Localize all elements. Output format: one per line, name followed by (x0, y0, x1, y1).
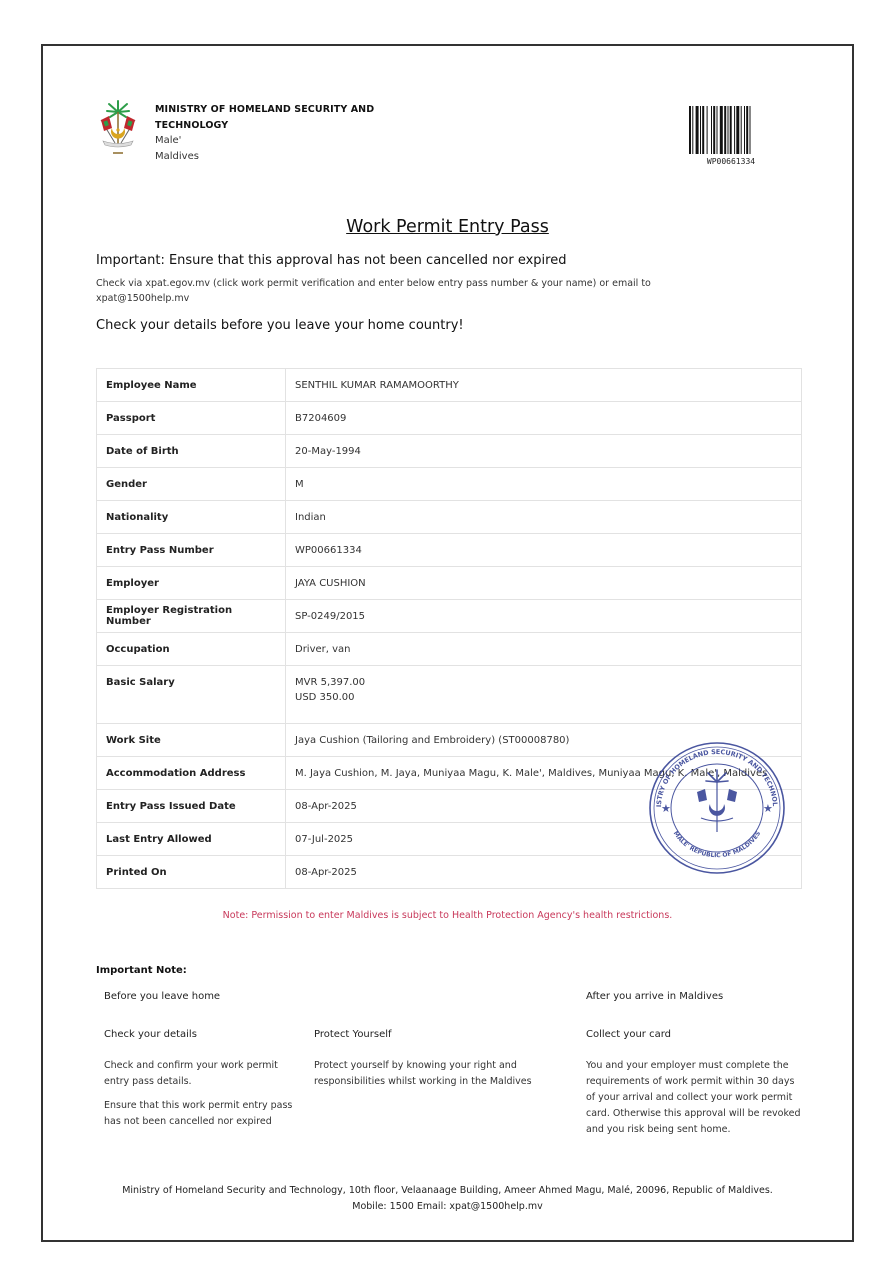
note-column-check-details: Check your details Check and confirm you… (104, 1029, 294, 1130)
field-value: MVR 5,397.00USD 350.00 (286, 666, 802, 724)
table-row: Basic SalaryMVR 5,397.00USD 350.00 (97, 666, 802, 724)
before-leave-heading: Before you leave home (104, 991, 220, 1002)
leave-notice: Check your details before you leave your… (96, 318, 464, 333)
table-row: Entry Pass NumberWP00661334 (97, 534, 802, 567)
ministry-city: Male' (155, 133, 374, 149)
field-value-line: USD 350.00 (295, 690, 792, 705)
field-label: Employee Name (97, 369, 286, 402)
field-value-line: MVR 5,397.00 (295, 675, 792, 690)
table-row: OccupationDriver, van (97, 633, 802, 666)
field-label: Occupation (97, 633, 286, 666)
barcode-icon (689, 106, 773, 154)
svg-text:MINISTRY OF HOMELAND SECURITY: MINISTRY OF HOMELAND SECURITY AND TECHNO… (647, 740, 779, 807)
important-heading: Important: Ensure that this approval has… (96, 253, 566, 268)
field-value: JAYA CUSHION (286, 567, 802, 600)
field-label: Basic Salary (97, 666, 286, 724)
field-label: Entry Pass Issued Date (97, 790, 286, 823)
after-arrive-heading: After you arrive in Maldives (586, 991, 723, 1002)
table-row: Employee NameSENTHIL KUMAR RAMAMOORTHY (97, 369, 802, 402)
note-column-title: Protect Yourself (314, 1029, 554, 1040)
table-row: Date of Birth20-May-1994 (97, 435, 802, 468)
field-label: Last Entry Allowed (97, 823, 286, 856)
barcode-number: WP00661334 (689, 157, 773, 166)
footer-address: Ministry of Homeland Security and Techno… (43, 1183, 852, 1199)
note-column-title: Collect your card (586, 1029, 806, 1040)
svg-text:MALE' REPUBLIC OF MALDIVES: MALE' REPUBLIC OF MALDIVES (672, 830, 762, 859)
svg-text:★: ★ (763, 802, 773, 815)
note-column-title: Check your details (104, 1029, 294, 1040)
footer: Ministry of Homeland Security and Techno… (43, 1183, 852, 1215)
table-row: Employer Registration NumberSP-0249/2015 (97, 600, 802, 633)
field-value: B7204609 (286, 402, 802, 435)
field-label: Printed On (97, 856, 286, 889)
field-value: 20-May-1994 (286, 435, 802, 468)
field-label: Employer Registration Number (97, 600, 286, 633)
field-value: SP-0249/2015 (286, 600, 802, 633)
important-note-heading: Important Note: (96, 965, 187, 976)
note-column-collect-card: Collect your card You and your employer … (586, 1029, 806, 1138)
field-label: Date of Birth (97, 435, 286, 468)
entry-pass-document: MINISTRY OF HOMELAND SECURITY AND TECHNO… (41, 44, 854, 1242)
field-value: M (286, 468, 802, 501)
field-label: Entry Pass Number (97, 534, 286, 567)
field-label: Work Site (97, 724, 286, 757)
field-label: Gender (97, 468, 286, 501)
field-value: SENTHIL KUMAR RAMAMOORTHY (286, 369, 802, 402)
note-column-protect-yourself: Protect Yourself Protect yourself by kno… (314, 1029, 554, 1090)
table-row: EmployerJAYA CUSHION (97, 567, 802, 600)
note-paragraph: Ensure that this work permit entry pass … (104, 1098, 294, 1130)
ministry-country: Maldives (155, 149, 374, 165)
ministry-header: MINISTRY OF HOMELAND SECURITY AND TECHNO… (155, 102, 374, 165)
field-label: Passport (97, 402, 286, 435)
ministry-name-line2: TECHNOLOGY (155, 118, 374, 134)
note-paragraph: You and your employer must complete the … (586, 1058, 806, 1138)
check-instructions: Check via xpat.egov.mv (click work permi… (96, 276, 736, 306)
note-paragraph: Check and confirm your work permit entry… (104, 1058, 294, 1090)
table-row: GenderM (97, 468, 802, 501)
note-paragraph: Protect yourself by knowing your right a… (314, 1058, 554, 1090)
health-note: Note: Permission to enter Maldives is su… (43, 910, 852, 921)
field-label: Nationality (97, 501, 286, 534)
page-title: Work Permit Entry Pass (43, 217, 852, 237)
field-value: Driver, van (286, 633, 802, 666)
field-label: Accommodation Address (97, 757, 286, 790)
field-value: WP00661334 (286, 534, 802, 567)
field-label: Employer (97, 567, 286, 600)
field-value: Indian (286, 501, 802, 534)
maldives-emblem-icon (95, 98, 141, 156)
footer-contact: Mobile: 1500 Email: xpat@1500help.mv (43, 1199, 852, 1215)
official-seal-icon: MINISTRY OF HOMELAND SECURITY AND TECHNO… (647, 740, 787, 876)
ministry-name-line1: MINISTRY OF HOMELAND SECURITY AND (155, 102, 374, 118)
svg-text:★: ★ (661, 802, 671, 815)
table-row: PassportB7204609 (97, 402, 802, 435)
table-row: NationalityIndian (97, 501, 802, 534)
